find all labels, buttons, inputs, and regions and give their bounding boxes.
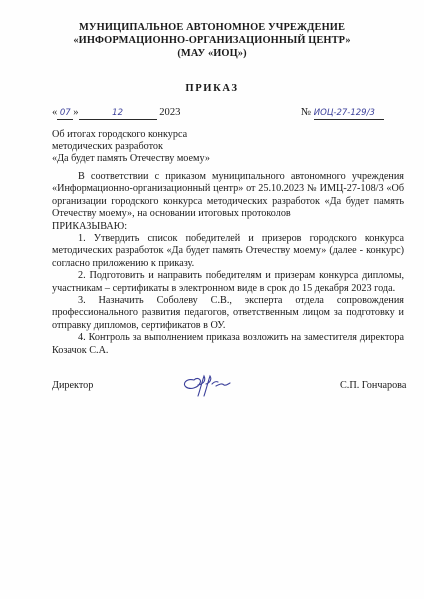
order-subject: Об итогах городского конкурса методическ… xyxy=(52,129,210,164)
org-name-line1: МУНИЦИПАЛЬНОЕ АВТОНОМНОЕ УЧРЕЖДЕНИЕ xyxy=(0,21,424,34)
org-name-line2: «ИНФОРМАЦИОННО-ОРГАНИЗАЦИОННЫЙ ЦЕНТР» xyxy=(0,34,424,47)
order-item-2: 2. Подготовить и направить победителям и… xyxy=(52,270,404,295)
date-month: 12 xyxy=(79,108,157,120)
number-value: ИОЦ-27-129/3 xyxy=(314,108,384,120)
document-page: МУНИЦИПАЛЬНОЕ АВТОНОМНОЕ УЧРЕЖДЕНИЕ «ИНФ… xyxy=(0,0,424,599)
order-date: «07»12 2023 xyxy=(52,107,180,120)
signatory-name: С.П. Гончарова xyxy=(340,380,406,391)
order-item-3: 3. Назначить Соболеву С.В., эксперта отд… xyxy=(52,295,404,332)
order-directive: ПРИКАЗЫВАЮ: xyxy=(52,221,404,233)
order-item-4: 4. Контроль за выполнением приказа возло… xyxy=(52,332,404,357)
document-title: ПРИКАЗ xyxy=(0,83,424,94)
signatory-position: Директор xyxy=(52,380,93,391)
number-label: № xyxy=(301,107,311,118)
order-number: № ИОЦ-27-129/3 xyxy=(301,107,384,120)
date-day: 07 xyxy=(57,108,73,120)
order-body: В соответствии с приказом муниципального… xyxy=(52,171,404,357)
org-abbreviation: (МАУ «ИОЦ») xyxy=(0,47,424,60)
handwritten-signature-icon xyxy=(180,370,240,400)
subject-line2: методических разработок xyxy=(52,141,210,153)
preamble-paragraph: В соответствии с приказом муниципального… xyxy=(52,171,404,221)
order-item-1: 1. Утвердить список победителей и призер… xyxy=(52,233,404,270)
subject-line1: Об итогах городского конкурса xyxy=(52,129,210,141)
date-year: 2023 xyxy=(159,107,180,118)
subject-line3: «Да будет память Отечеству моему» xyxy=(52,153,210,165)
organization-header: МУНИЦИПАЛЬНОЕ АВТОНОМНОЕ УЧРЕЖДЕНИЕ «ИНФ… xyxy=(0,21,424,60)
